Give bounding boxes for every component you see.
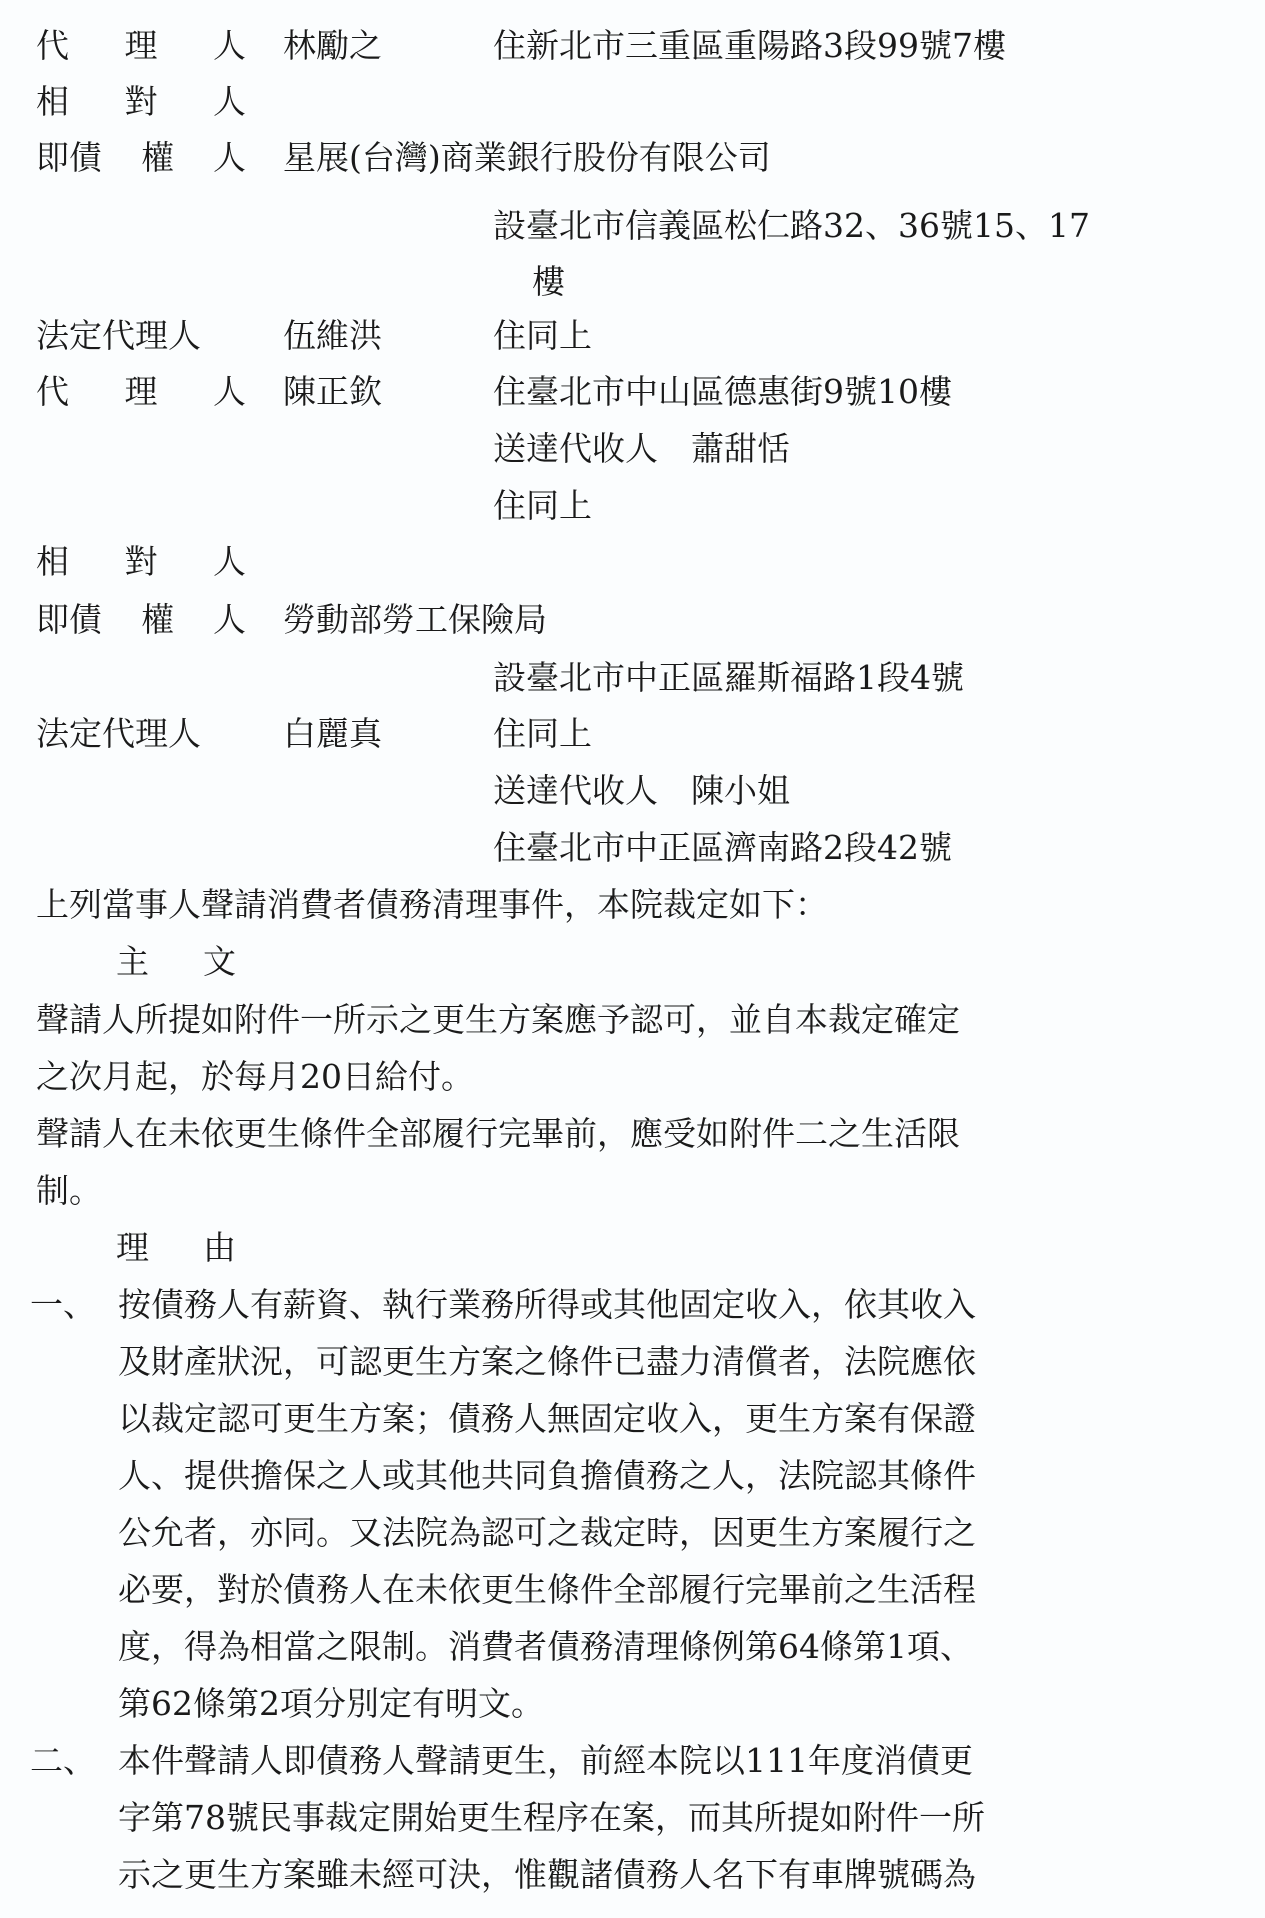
label-char: 理: [125, 364, 158, 420]
party-address: 住臺北市中正區濟南路2段42號: [493, 820, 952, 876]
party-name: 陳正欽: [283, 364, 382, 420]
reason-line: 第62條第2項分別定有明文。: [118, 1676, 544, 1732]
party-name: 白麗真: [283, 706, 382, 762]
party-address: 住同上: [493, 308, 592, 364]
reason-heading-text: 理 由: [116, 1220, 236, 1276]
heading-char: 文: [203, 934, 236, 990]
label-char: 代: [36, 364, 69, 420]
label-char: 權: [141, 592, 174, 648]
reason-line: 必要，對於債務人在未依更生條件全部履行完畢前之生活程: [118, 1562, 976, 1618]
party-label: 即債 權 人: [36, 130, 246, 186]
label-char: 相: [36, 74, 69, 130]
reason-line: 示之更生方案雖未經可決，惟觀諸債務人名下有車牌號碼為: [118, 1847, 976, 1903]
party-address: 住同上: [493, 478, 592, 534]
party-address: 設臺北市信義區松仁路32、36號15、17: [493, 198, 1090, 254]
party-label: 相 對 人: [36, 534, 246, 590]
party-address: 住臺北市中山區德惠街9號10樓: [493, 364, 952, 420]
party-label: 法定代理人: [36, 706, 201, 762]
label-char: 權: [141, 130, 174, 186]
main-text: 聲請人在未依更生條件全部履行完畢前，應受如附件二之生活限: [36, 1106, 960, 1162]
reason-number: 二、: [30, 1733, 96, 1789]
party-label: 即債 權 人: [36, 592, 246, 648]
heading-char: 理: [116, 1220, 149, 1276]
label-char: 即債: [36, 592, 102, 648]
party-address: 住同上: [493, 706, 592, 762]
label-char: 相: [36, 534, 69, 590]
label-char: 理: [125, 18, 158, 74]
label-char: 人: [213, 130, 246, 186]
reason-line: 公允者，亦同。又法院為認可之裁定時，因更生方案履行之: [118, 1505, 976, 1561]
party-address: 住新北市三重區重陽路3段99號7樓: [493, 18, 1006, 74]
label-char: 人: [213, 364, 246, 420]
label-char: 人: [213, 534, 246, 590]
party-label: 代 理 人: [36, 18, 246, 74]
label-char: 即債: [36, 130, 102, 186]
party-name: 林勵之: [283, 18, 382, 74]
service-agent: 送達代收人 陳小姐: [493, 763, 790, 819]
heading-char: 由: [203, 1220, 236, 1276]
reason-line: 按債務人有薪資、執行業務所得或其他固定收入，依其收入: [118, 1277, 976, 1333]
label-char: 對: [125, 74, 158, 130]
party-name: 勞動部勞工保險局: [283, 592, 547, 648]
main-text: 之次月起，於每月20日給付。: [36, 1049, 474, 1105]
service-agent: 送達代收人 蕭甜恬: [493, 421, 790, 477]
reason-line: 字第78號民事裁定開始更生程序在案，而其所提如附件一所: [118, 1790, 985, 1846]
reason-line: 度，得為相當之限制。消費者債務清理條例第64條第1項、: [118, 1619, 973, 1675]
party-address: 設臺北市中正區羅斯福路1段4號: [493, 650, 964, 706]
party-label: 法定代理人: [36, 308, 201, 364]
label-char: 人: [213, 592, 246, 648]
label-char: 人: [213, 18, 246, 74]
reason-line: 以裁定認可更生方案；債務人無固定收入，更生方案有保證: [118, 1391, 976, 1447]
label-char: 對: [125, 534, 158, 590]
party-name: 伍維洪: [283, 308, 382, 364]
reason-line: 本件聲請人即債務人聲請更生，前經本院以111年度消債更: [118, 1733, 973, 1789]
label-char: 代: [36, 18, 69, 74]
party-address-continued: 樓: [532, 254, 565, 310]
reason-line: 人、提供擔保之人或其他共同負擔債務之人，法院認其條件: [118, 1448, 976, 1504]
party-name: 星展(台灣)商業銀行股份有限公司: [283, 130, 771, 186]
heading-char: 主: [116, 934, 149, 990]
label-char: 人: [213, 74, 246, 130]
party-label: 代 理 人: [36, 364, 246, 420]
main-text: 聲請人所提如附件一所示之更生方案應予認可，並自本裁定確定: [36, 992, 960, 1048]
party-label: 相 對 人: [36, 74, 246, 130]
intro-text: 上列當事人聲請消費者債務清理事件，本院裁定如下：: [36, 877, 828, 933]
main-text: 制。: [36, 1163, 102, 1219]
reason-number: 一、: [30, 1277, 96, 1333]
main-heading-text: 主 文: [116, 934, 236, 990]
reason-line: 及財產狀況，可認更生方案之條件已盡力清償者，法院應依: [118, 1334, 976, 1390]
court-ruling-page: 代 理 人 林勵之 住新北市三重區重陽路3段99號7樓 相 對 人 即債 權 人…: [0, 0, 1265, 1918]
